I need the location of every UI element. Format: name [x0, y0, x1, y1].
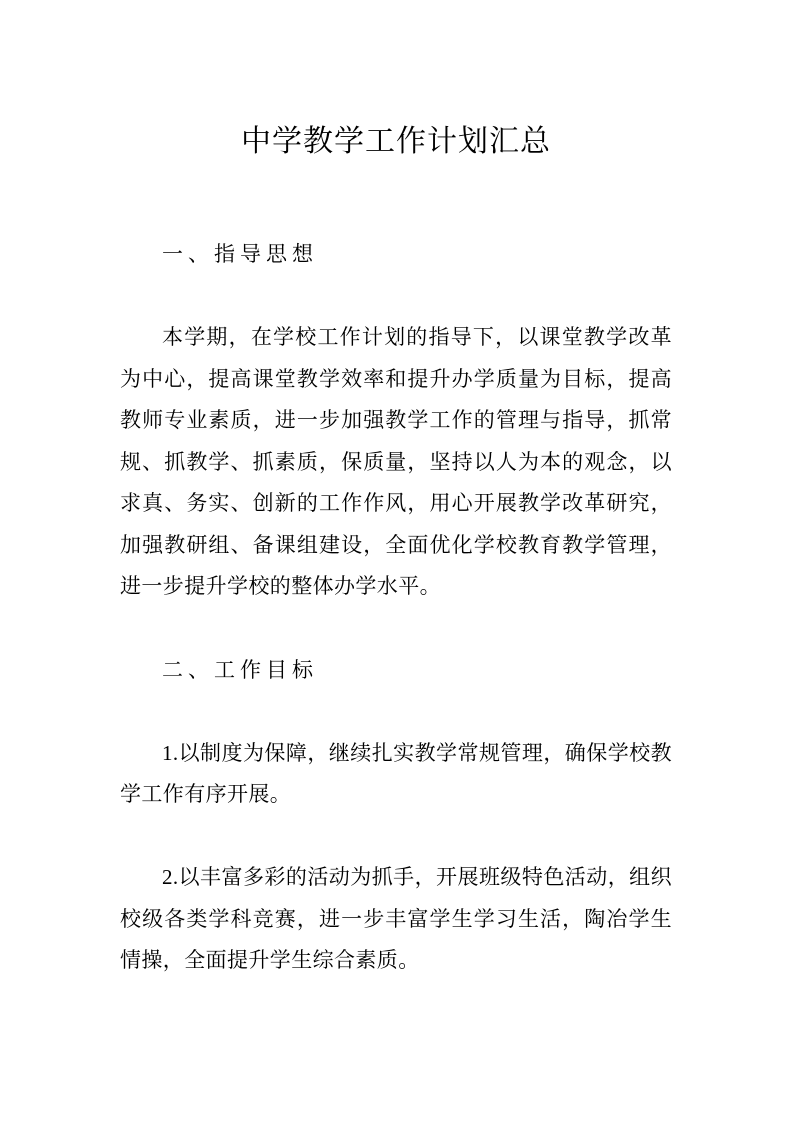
section-heading-work-goals: 二、工作目标: [120, 650, 672, 692]
paragraph-guiding-ideology: 本学期，在学校工作计划的指导下，以课堂教学改革为中心，提高课堂教学效率和提升办学…: [120, 317, 672, 608]
paragraph-work-goal-1: 1.以制度为保障，继续扎实教学常规管理，确保学校教学工作有序开展。: [120, 733, 672, 816]
paragraph-work-goal-2: 2.以丰富多彩的活动为抓手，开展班级特色活动，组织校级各类学科竞赛，进一步丰富学…: [120, 857, 672, 982]
document-page: 中学教学工作计划汇总 一、指导思想 本学期，在学校工作计划的指导下，以课堂教学改…: [0, 0, 793, 1122]
document-title: 中学教学工作计划汇总: [120, 120, 672, 164]
section-heading-guiding-ideology: 一、指导思想: [120, 234, 672, 276]
